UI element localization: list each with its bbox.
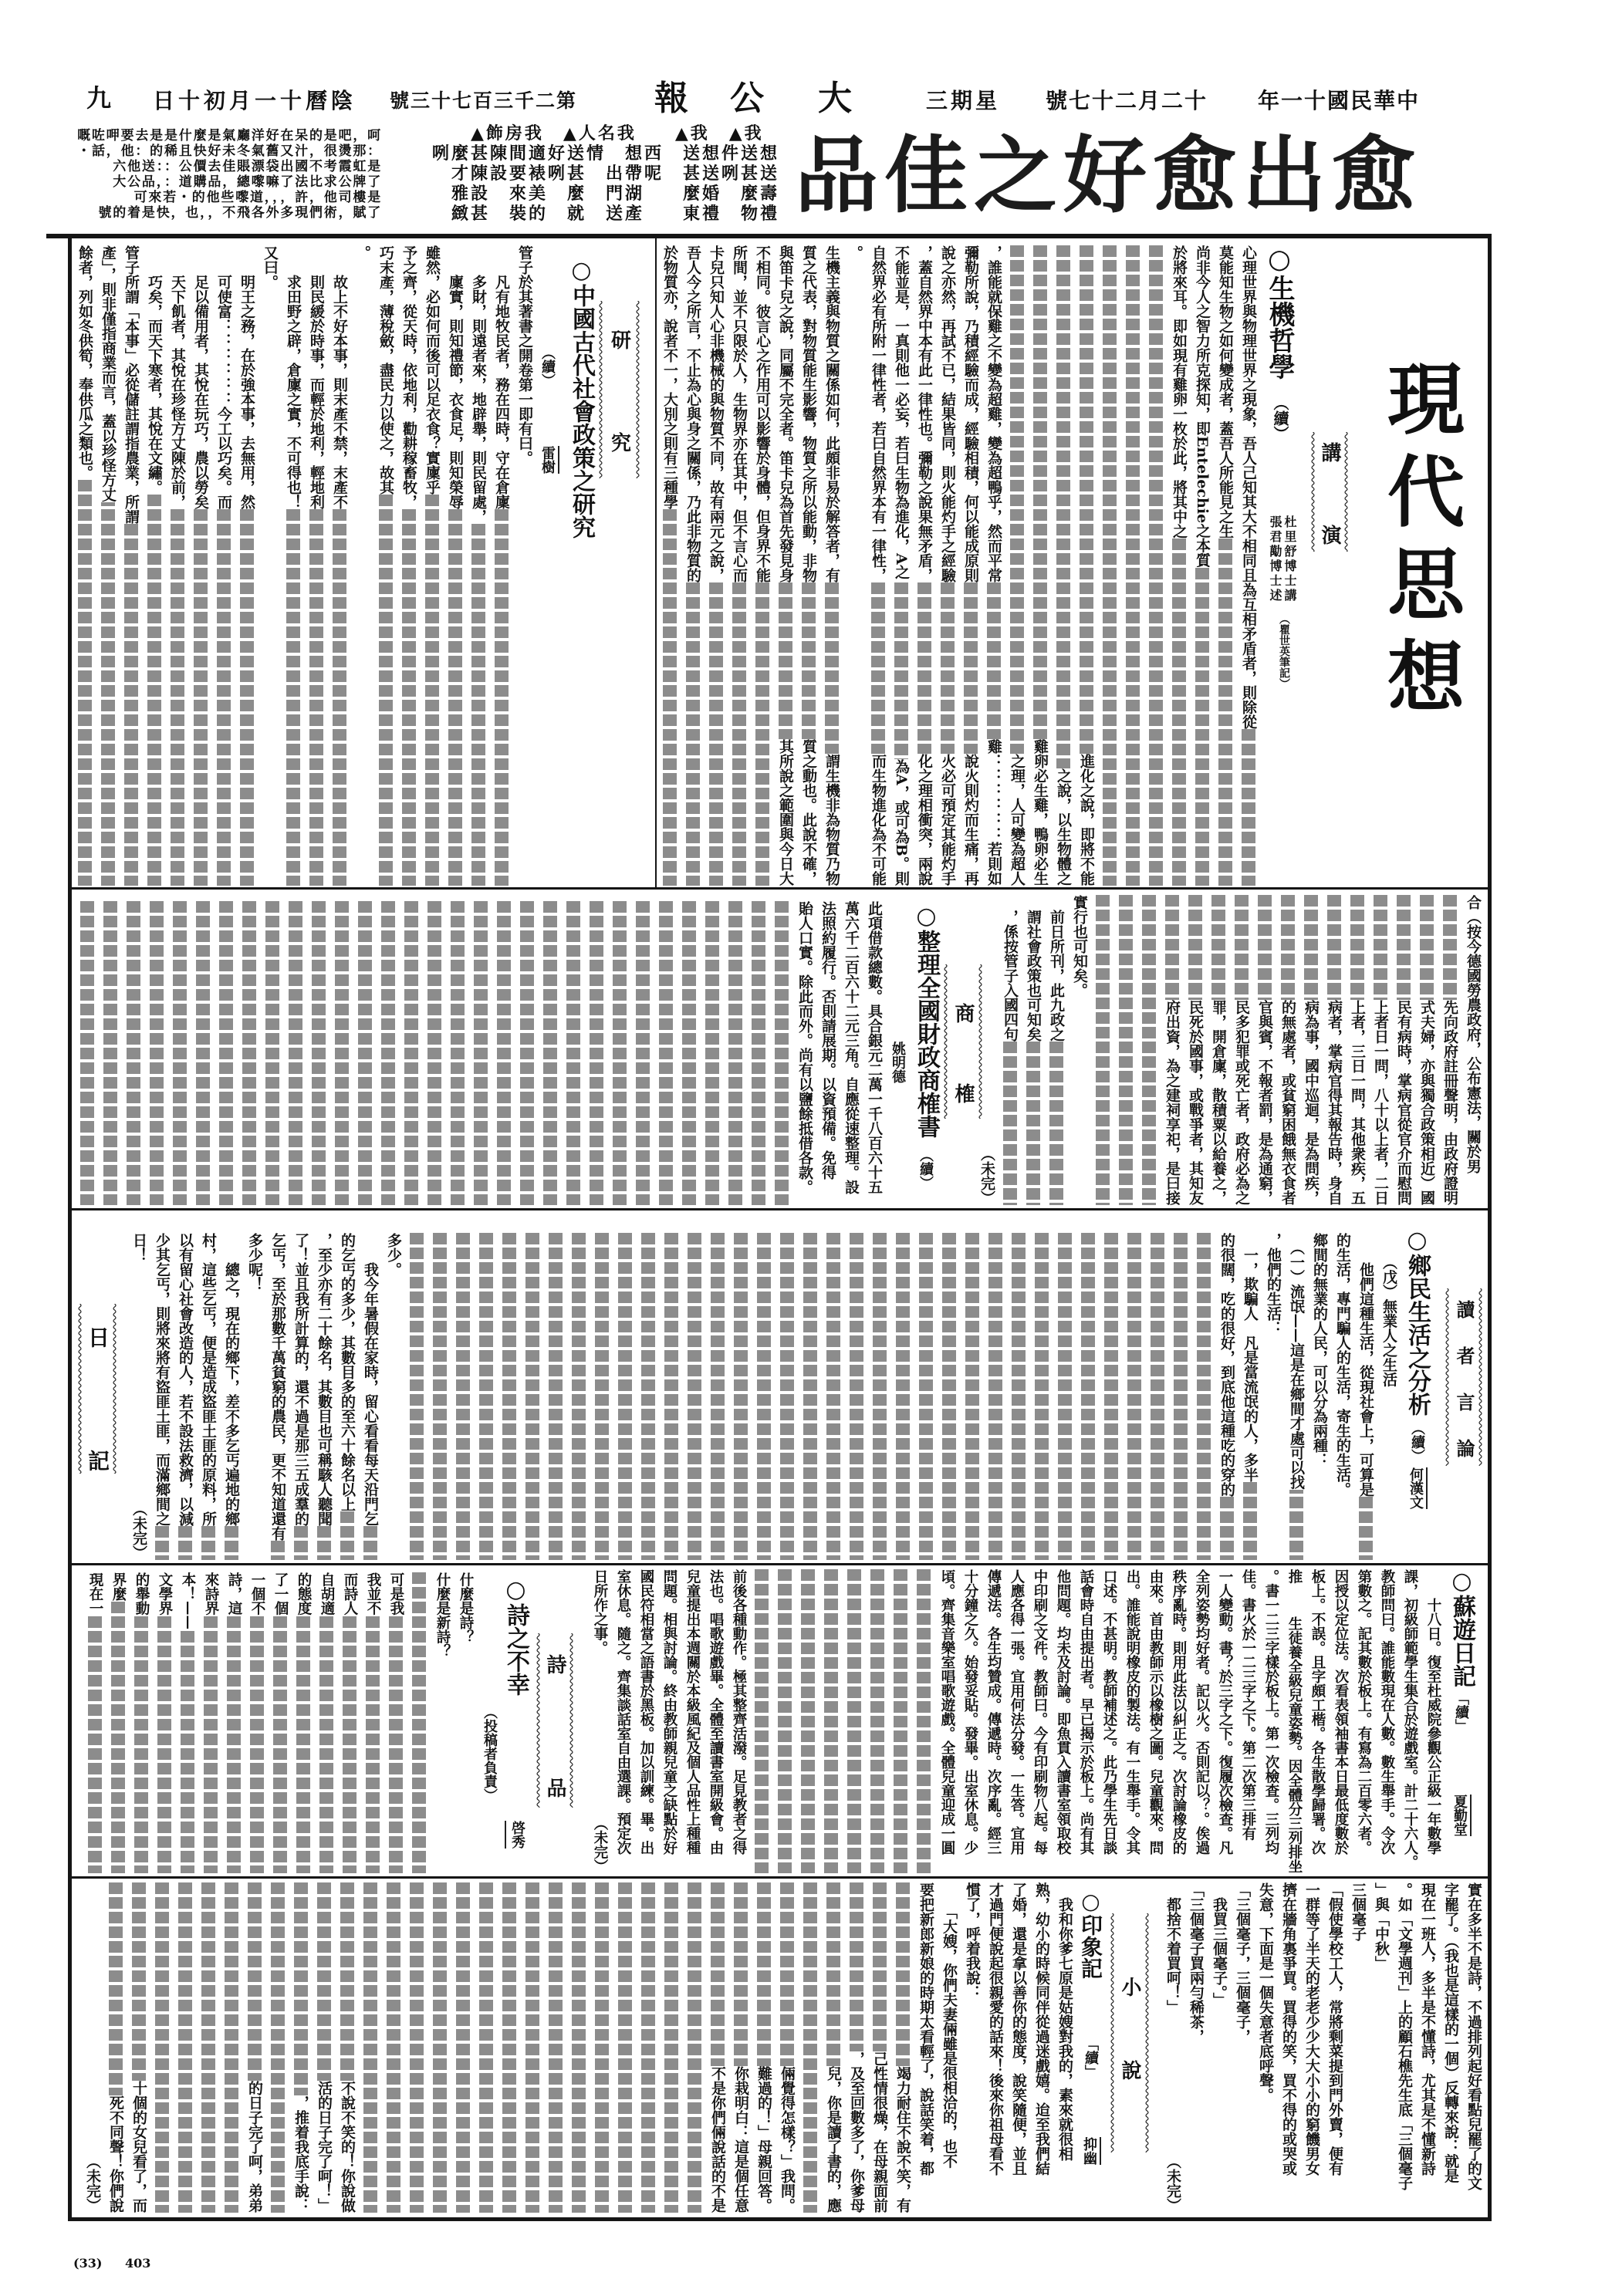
column-text-top: 管子所謂「本事」必從儲註謂指農業，所謂 bbox=[120, 245, 143, 524]
text-column: 本！—— bbox=[176, 1572, 199, 1873]
column-text-top: 界麼 bbox=[106, 1572, 130, 1601]
illegible-text-column bbox=[729, 1233, 752, 1560]
column-text-top: ，他們的生活： bbox=[1262, 1233, 1285, 1335]
text-column: 罪，開倉廩，散積粟以給養之， bbox=[1207, 895, 1230, 1205]
column-text-bottom: 病者，掌病官得其報告時，身自 bbox=[1323, 1000, 1346, 1205]
text-column: 法也。唱歌遊戲畢。全體至讀書室開級會。由 bbox=[704, 1569, 727, 1873]
column-text-bottom: 竭力耐住不說不笑，有 bbox=[891, 2066, 914, 2213]
column-text-bottom: 上者日一問，八十以上者，二日 bbox=[1369, 1000, 1392, 1205]
illegible-text-column bbox=[613, 1233, 637, 1560]
text-column: 出。誰能說明橡皮的製法。有一生舉手。令其 bbox=[1120, 1569, 1144, 1873]
column-text-top: 第數之。記其數於板上。有寫為二百零六者。 bbox=[1352, 1569, 1375, 1855]
illegible-text-column bbox=[984, 1233, 1007, 1560]
text-column: 日！（未完） bbox=[127, 1233, 150, 1560]
text-column: 我並不 bbox=[361, 1572, 384, 1873]
column-text-bottom: （未完） bbox=[588, 1816, 611, 1873]
column-text-bottom: 說火則灼而生痛，再 bbox=[959, 754, 982, 886]
illegible-text-column bbox=[914, 1233, 938, 1560]
text-column: 一個不 bbox=[245, 1572, 269, 1873]
continued-marker: （續） bbox=[1272, 395, 1289, 441]
wavy-line-icon bbox=[598, 301, 603, 478]
ad-text-row: 咧麼甚陳間適好送情 想西 送想件送想 bbox=[432, 143, 781, 164]
column-text-bottom: 罪，開倉廩，散積粟以給養之， bbox=[1207, 1000, 1230, 1205]
text-column: 。書一二三字樣於板上。第一次檢查。三列均 bbox=[1259, 1569, 1282, 1873]
contributor-note: （投稿者負責） bbox=[481, 1705, 498, 1802]
column-text-top: 他問題。均未及討論。即魚貫入讀書室領取校 bbox=[1051, 1569, 1074, 1855]
text-column: 教師問曰。誰能數現在人數。數生舉手。令次 bbox=[1375, 1569, 1398, 1873]
column-text-top: 鄉間的無業的人民，可以分為兩種： bbox=[1308, 1233, 1331, 1467]
article-body-villager-life: （戊）無業人之生活 他們這種生活，從現社會上，可算是的生活，專門騙人的生活，寄生… bbox=[127, 1233, 1401, 1560]
text-column: 足以備用者，其悅在玩巧，農以勞矣 bbox=[189, 245, 212, 886]
column-text-top: 了！並且我所計算的，還不過是那三五成羣的 bbox=[289, 1233, 313, 1526]
column-text-bottom: 質之動也。此說不確， bbox=[797, 739, 820, 886]
article-author: 啓秀 bbox=[505, 1821, 525, 1849]
illegible-text-column bbox=[961, 1233, 984, 1560]
column-text-bottom: 而生物進化為不可能 bbox=[867, 754, 890, 886]
text-column: 「假使學校工人，常將剩菜提到門外賣，便有 bbox=[1323, 1882, 1347, 2213]
text-column: 失意，下面是一個失意者底呼聲。 bbox=[1254, 1882, 1277, 2213]
illegible-text-column bbox=[776, 1233, 799, 1560]
column-text-bottom: 不說不笑的！你說做 bbox=[336, 2081, 359, 2213]
column-text-top: 足以備用者，其悅在玩巧，農以勞矣 bbox=[189, 245, 212, 509]
illegible-text-column bbox=[637, 1233, 660, 1560]
text-column: 卡兒只知人心非機械的與物質不同，故有兩元之說， bbox=[705, 245, 728, 886]
text-column: 傳遞法。各生均贊成。傳遞時。次序亂。經三 bbox=[982, 1569, 1005, 1873]
article-author: 夏勤堂 bbox=[1451, 1795, 1472, 1836]
text-column: 一，欺騙人 凡是當流氓的人，多半 bbox=[1238, 1233, 1262, 1560]
issue-number: 第二千三百七十三號 bbox=[390, 88, 577, 114]
column-text-top: 吾人今之所言，不止為心與身之關係，乃此非物質的 bbox=[681, 245, 705, 582]
column-text-top: ，係按管子入國四句 bbox=[999, 895, 1022, 1042]
column-text-bottom: 之說，以生物體之 bbox=[1052, 768, 1075, 886]
column-text-top: 。書一二三字樣於板上。第一次檢查。三列均 bbox=[1259, 1569, 1282, 1855]
text-column: 多少。 bbox=[382, 1233, 405, 1560]
column-text-top: 文學界 bbox=[153, 1572, 176, 1616]
text-column: 管子於其著書之開卷第一即有曰。 bbox=[513, 245, 536, 886]
text-column: 熟，幼小的時候同伴從過迷戲嬉。迨至我們結 bbox=[1030, 1882, 1053, 2213]
continued-marker: （續） bbox=[1408, 1421, 1425, 1463]
text-column: 予之齊，從天時，依地利，勸耕稼畜牧， bbox=[397, 245, 421, 886]
column-text-top: 字罷了。（我也是這樣的一個）反轉來說：就是 bbox=[1439, 1882, 1462, 2183]
column-text-top: 餘者，列如冬供筍，奉供瓜之類也。 bbox=[73, 245, 96, 480]
article-byline: 杜里舒博士講 張君勱博士述 bbox=[1268, 515, 1297, 603]
section-label-text: 講演 bbox=[1318, 442, 1341, 607]
column-text-top: 慣了，呼着我說： bbox=[961, 1882, 984, 2000]
band-divider bbox=[68, 1876, 1492, 1879]
column-text-bottom: 的無處者，或貧窮困餓無衣食者 bbox=[1276, 1000, 1299, 1205]
column-text-top: 我和你爹七原是姑嫂對我的，素來就很相 bbox=[1053, 1882, 1076, 2161]
text-column: 的乞丐的多少，其數目多的至六十餘名以上 bbox=[336, 1233, 359, 1560]
column-text-top: 一群等了半天的老老少少大大小小的窮饑男女 bbox=[1300, 1882, 1323, 2176]
column-text-bottom: （未完） bbox=[81, 2154, 104, 2213]
text-column: 廩實，則知禮節，衣食足，則知榮辱 bbox=[444, 245, 467, 886]
text-column: （一）流氓——這是在鄉間才處可以找 bbox=[1285, 1233, 1308, 1560]
text-column: 的生活，專門騙人的生活，寄生的生活。 bbox=[1331, 1233, 1354, 1560]
column-text-top: 」與「中秋」 bbox=[1370, 1882, 1393, 1970]
text-column: ，及至回數多了，你爹母 bbox=[845, 1882, 868, 2213]
section-label-text: 小說 bbox=[1118, 1977, 1141, 2143]
illegible-text-column bbox=[521, 1233, 544, 1560]
column-text-top: 又曰。 bbox=[259, 245, 282, 289]
text-column: 實行也可知矣。 bbox=[1068, 895, 1091, 1205]
illegible-text-column bbox=[1121, 245, 1144, 886]
column-text-top: 彌勒所說，乃積經驗而成，經驗相積，何以能成原則 bbox=[959, 245, 982, 582]
text-column: 又曰。 bbox=[259, 245, 282, 886]
text-column: 此項借款總數。具合銀元二萬一千八百六十五 bbox=[863, 901, 886, 1205]
sheet-number: 403 bbox=[125, 2256, 150, 2271]
text-column: 我買三個毫子。」 bbox=[1208, 1882, 1231, 2213]
text-column: 可是我 bbox=[384, 1572, 407, 1873]
article-title-national-finance: ○整理全國財政商榷書 bbox=[912, 903, 940, 1138]
illegible-text-column bbox=[750, 1569, 773, 1873]
text-column: 要把新郎新娘的時期太看輕了，說話笑着，都 bbox=[914, 1882, 938, 2213]
column-text-top: 與笛卡兒之說，同屬不完全者。笛卡兒為首先發見身 bbox=[774, 245, 797, 582]
text-column: 什麼是詩？ bbox=[454, 1572, 477, 1873]
column-text-top: 要把新郎新娘的時期太看輕了，說話笑着，都 bbox=[914, 1882, 938, 2176]
text-column: 的很闊，吃的很好，到底他這種吃的穿的 bbox=[1215, 1233, 1238, 1560]
column-text-bottom: 的日子完了呵，弟弟 bbox=[243, 2081, 266, 2213]
text-column: 我今年暑假在家時，留心看看每天沿門乞 bbox=[359, 1233, 382, 1560]
text-column: 病為事，國中巡迴，是為問疾， bbox=[1299, 895, 1323, 1205]
text-column: 什麼是新詩？ bbox=[431, 1572, 454, 1873]
illegible-text-column bbox=[773, 1569, 796, 1873]
article-body-misfortune-of-poetry-continued: 實在多半不是詩，不過排列起好看點兒罷了的文字罷了。（我也是這樣的一個）反轉來說：… bbox=[1161, 1882, 1485, 2213]
column-text-top: 少其乞丐，則將來將有盜匪土匪，而滿鄉間之 bbox=[150, 1233, 174, 1526]
column-text-top: 所間，並不只限於人，生物界亦在其中，但不言心而 bbox=[728, 245, 751, 582]
text-column: 餘者，列如冬供筍，奉供瓜之類也。 bbox=[73, 245, 96, 886]
column-text-top: 心理世界與物理世界之現象，吾人己知其大不相同且為互相矛盾者，則除從 bbox=[1237, 245, 1260, 729]
illegible-text-column bbox=[498, 1882, 521, 2213]
column-text-top: ，蓋自然界中本有此一律性也。彌勒之說果無矛盾， bbox=[913, 245, 936, 582]
text-column: 乞丐，至於那數千萬貧窮的農民，更不知道還有 bbox=[266, 1233, 289, 1560]
text-column: 十分鐘之久。始發妥貼。發畢。出室休息。少 bbox=[958, 1569, 982, 1873]
column-text-top: 來詩界 bbox=[199, 1572, 222, 1616]
illegible-text-column bbox=[868, 1233, 891, 1560]
illegible-text-column bbox=[1144, 245, 1168, 886]
text-column: 三個毫子 bbox=[1347, 1882, 1370, 2213]
column-text-bottom: 先向政府註冊聲明，由政府證明 bbox=[1438, 1000, 1461, 1205]
article-body-social-policy: 管子於其著書之開卷第一即有曰。 凡有地牧民者，務在四時，守在倉廩 多財，則遠者來… bbox=[73, 245, 536, 886]
article-title-villager-life: ○鄉民生活之分析 bbox=[1403, 1227, 1431, 1416]
text-column: 於將來耳。即如現有雞卵一枚於此，將其中之 bbox=[1168, 245, 1191, 886]
section-label-lecture: 講演 bbox=[1310, 432, 1349, 552]
column-text-top: 產」，則非僅指商業而言，蓋以珍怪方丈 bbox=[96, 245, 120, 502]
column-text-bottom: 民多犯罪或死亡者，政府必為之 bbox=[1230, 1000, 1253, 1205]
text-column: ，誰能就保雞之不變為超雞，變為超鴨乎，然而平常雞：：：：：：若則如 bbox=[982, 245, 1005, 886]
text-column: 產」，則非僅指商業而言，蓋以珍怪方丈 bbox=[96, 245, 120, 886]
column-text-top: 不相同。彼言心之作用可以影響於身體，但身界不能 bbox=[751, 245, 774, 582]
text-column: 前日所刊，此九政之 bbox=[1045, 895, 1068, 1205]
column-text-top: 以有留心社會改造的人，若不設法救濟，以減 bbox=[174, 1233, 197, 1526]
wavy-line-icon bbox=[978, 964, 983, 1119]
text-column: 界麼 bbox=[106, 1572, 130, 1873]
column-text-top: 。如「文學週刊」上的顧石樵先生底「三個毫子 bbox=[1393, 1882, 1416, 2190]
column-text-top: 都捨不着買呵！」 bbox=[1161, 1882, 1184, 2014]
illegible-text-column bbox=[752, 1233, 776, 1560]
text-column: 。 bbox=[843, 245, 867, 886]
text-column: 室休息。隨之。齊集談話室自由選課。預定次 bbox=[611, 1569, 634, 1873]
illegible-text-column bbox=[359, 1882, 382, 2213]
lunar-date: 陰曆十一月初十日 bbox=[153, 88, 357, 114]
text-column: 貽人口實。除此而外。尚有以鹽餘抵借各款。 bbox=[793, 901, 816, 1205]
illegible-text-column bbox=[822, 1233, 845, 1560]
illegible-text-column bbox=[1146, 1233, 1169, 1560]
column-text-top: 日！ bbox=[127, 1233, 150, 1262]
illegible-text-column bbox=[1114, 895, 1137, 1205]
band-divider bbox=[68, 1208, 1492, 1210]
illegible-text-column bbox=[382, 1882, 405, 2213]
text-column: 求田野之辟，倉廩之實，不可得也！ bbox=[282, 245, 305, 886]
illegible-text-column bbox=[1091, 895, 1114, 1205]
text-column: 第數之。記其數於板上。有寫為二百零六者。 bbox=[1352, 1569, 1375, 1873]
column-text-top: 的舉動 bbox=[130, 1572, 153, 1616]
article-body-impressions: 我和你爹七原是姑嫂對我的，素來就很相熟，幼小的時候同伴從過迷戲嬉。迨至我們結了婚… bbox=[81, 1882, 1076, 2213]
column-text-top: 巧矣，而天下寒者，其悅在文繡。 bbox=[143, 245, 166, 495]
text-column: 死不同聲！你們說 bbox=[104, 1882, 127, 2213]
text-column: 說之亦然，再試不已，結果皆同，則火能灼手之經驗火必可預定其能灼手 bbox=[936, 245, 959, 886]
masthead-char-gong: 公 bbox=[730, 80, 764, 117]
advertisement-banner-title: 愈出愈好之佳品 bbox=[795, 123, 1421, 228]
text-column: 進化之說，即將不能 bbox=[1075, 245, 1098, 886]
page-reference: (33) bbox=[73, 2256, 102, 2271]
article-author: 何漢文 bbox=[1407, 1467, 1428, 1509]
column-text-bottom: 生徒養全級兒童姿勢。因全體分三列排坐 bbox=[1282, 1616, 1306, 1873]
column-text-top: 中印刷之文件。教師曰。今有印刷物八起。每 bbox=[1028, 1569, 1051, 1855]
text-column: 可使富：：：：：：今工以巧矣。而 bbox=[212, 245, 235, 886]
column-text-top: 謂社會政策也可知矣 bbox=[1022, 895, 1045, 1042]
column-text-top: 由來。首由教師示以橡樹之圖。兒童觀來。問 bbox=[1144, 1569, 1167, 1855]
text-column: 都捨不着買呵！」（未完） bbox=[1161, 1882, 1184, 2213]
text-column: （戊）無業人之生活 bbox=[1377, 1233, 1401, 1560]
text-column: 不相同。彼言心之作用可以影響於身體，但身界不能 bbox=[751, 245, 774, 886]
section-label-text: 研究 bbox=[608, 329, 631, 535]
wavy-line-icon bbox=[1110, 1913, 1115, 2152]
illegible-text-column bbox=[1192, 1233, 1215, 1560]
column-text-top: 「假使學校工人，常將剩菜提到門外賣，便有 bbox=[1323, 1882, 1347, 2176]
text-column: 自胡適 bbox=[315, 1572, 338, 1873]
text-column: 文學界 bbox=[153, 1572, 176, 1873]
illegible-text-column bbox=[912, 1569, 935, 1873]
column-text-top: 本！—— bbox=[176, 1572, 199, 1629]
column-text-top: 才過門便說起很親愛的話來！後來你祖母看不 bbox=[984, 1882, 1007, 2176]
illegible-text-column bbox=[428, 1882, 451, 2213]
column-text-bottom: 府出資，為之建祠享祀，是曰接 bbox=[1161, 1000, 1184, 1205]
section-label-text: 商榷 bbox=[951, 1003, 975, 1163]
section-label-diary: 日記 bbox=[77, 1304, 117, 1474]
text-column: 兒童提出本週關於本級風紀及個人品性上種種 bbox=[681, 1569, 704, 1873]
column-text-top: 可是我 bbox=[384, 1572, 407, 1616]
text-column: 多少呢！ bbox=[243, 1233, 266, 1560]
text-column: 擠在牆角裏爭買。買得的笑，買不得的或哭或 bbox=[1277, 1882, 1300, 2213]
illegible-text-column bbox=[150, 1882, 174, 2213]
column-text-bottom: 民死於國事，或戰爭者，其知友 bbox=[1184, 1000, 1207, 1205]
illegible-text-column bbox=[451, 1233, 475, 1560]
column-text-bottom: 謂生機非為物質乃物 bbox=[820, 754, 843, 886]
text-column: 」與「中秋」 bbox=[1370, 1882, 1393, 2213]
illegible-text-column bbox=[683, 1233, 706, 1560]
column-text-top: 村，這些乞丐，便是造成盜匪土匪的原料，所 bbox=[197, 1233, 220, 1526]
column-text-top: 則民緩於時事，而輕於地利，輕地利 bbox=[305, 245, 328, 509]
illegible-text-column bbox=[706, 1233, 729, 1560]
illegible-text-column bbox=[521, 1882, 544, 2213]
column-text-top: 生機主義與物質之關係如何，此頗非易於解答者，有 bbox=[820, 245, 843, 582]
illegible-text-column bbox=[451, 1882, 475, 2213]
illegible-text-column bbox=[544, 1882, 567, 2213]
continued-marker: 「續」 bbox=[1082, 2037, 1099, 2078]
column-text-top: 詩，這 bbox=[222, 1572, 245, 1616]
column-text-top: 兒童提出本週關於本級風紀及個人品性上種種 bbox=[681, 1569, 704, 1855]
text-column: 他們這種生活，從現社會上，可算是 bbox=[1354, 1233, 1377, 1560]
text-column: 一人變動。書？於三字之下。復履次檢查。凡 bbox=[1213, 1569, 1236, 1873]
illegible-text-column bbox=[613, 1882, 637, 2213]
article-title-suzhou-diary: ○蘇遊日記 bbox=[1448, 1568, 1475, 1687]
illegible-text-column bbox=[845, 1233, 868, 1560]
text-column: 生機主義與物質之關係如何，此頗非易於解答者，有謂生機非為物質乃物 bbox=[820, 245, 843, 886]
section-label-poetry: 詩品 bbox=[536, 1633, 574, 1808]
column-text-top: 前日所刊，此九政之 bbox=[1045, 895, 1068, 1042]
column-text-top: 教師問曰。誰能數現在人數。數生舉手。令次 bbox=[1375, 1569, 1398, 1855]
text-column: 心理世界與物理世界之現象，吾人己知其大不相同且為互相矛盾者，則除從 bbox=[1237, 245, 1260, 886]
wavy-line-icon bbox=[1445, 1288, 1450, 1466]
illegible-text-column bbox=[197, 1882, 220, 2213]
article-body-vitalism: 心理世界與物理世界之現象，吾人己知其大不相同且為互相矛盾者，則除從莫能知生物之如… bbox=[658, 245, 1260, 886]
text-column: 日所作之事。（未完） bbox=[588, 1569, 611, 1873]
illegible-text-column bbox=[590, 1882, 613, 2213]
column-divider bbox=[655, 238, 657, 887]
text-column: 雞卵必生雞，鴨卵必生 bbox=[1029, 245, 1052, 886]
text-column: 一群等了半天的老老少少大大小小的窮饑男女 bbox=[1300, 1882, 1323, 2213]
column-text-top: 失意，下面是一個失意者底呼聲。 bbox=[1254, 1882, 1277, 2102]
text-column: 十個的女兒看了，而 bbox=[127, 1882, 150, 2213]
column-text-top: 。 bbox=[351, 245, 374, 260]
column-text-top: 而詩人 bbox=[338, 1572, 361, 1616]
text-column: 頃。齊集音樂室唱歌遊戲。全體兒童迎成一圓 bbox=[935, 1569, 958, 1873]
column-text-bottom: 雞：：：：：：若則如 bbox=[982, 739, 1005, 886]
text-column: 尚非今人之智力所克探知，即Entelechie之本質 bbox=[1191, 245, 1214, 886]
column-text-top: 「大嫂，你們夫妻倆雖是很相洽的，也不 bbox=[938, 1882, 961, 2169]
column-text-top: 口述。不甚明。教師補述之。此乃學生先日談 bbox=[1097, 1569, 1120, 1855]
text-column: 人應各得一張。宜用何法分發。一生答。宜用 bbox=[1005, 1569, 1028, 1873]
column-text-bottom: （未完） bbox=[1161, 2154, 1184, 2213]
illegible-text-column bbox=[1076, 1233, 1100, 1560]
column-text-top: ，誰能就保雞之不變為超雞，變為超鴨乎，然而平常 bbox=[982, 245, 1005, 582]
column-text-bottom: 為A，或可為B。則 bbox=[890, 759, 913, 886]
text-column: 少其乞丐，則將來將有盜匪土匪，而滿鄉間之 bbox=[150, 1233, 174, 1560]
column-text-bottom: 兒，你是讀了書的，應 bbox=[822, 2066, 845, 2213]
text-column: 兒，你是讀了書的，應 bbox=[822, 1882, 845, 2213]
text-column: 民死於國事，或戰爭者，其知友 bbox=[1184, 895, 1207, 1205]
wavy-line-icon bbox=[1478, 1288, 1483, 1466]
column-text-top: 人應各得一張。宜用何法分發。一生答。宜用 bbox=[1005, 1569, 1028, 1855]
text-column: 。 bbox=[351, 245, 374, 886]
column-text-bottom: 你栽明白：這是個任意 bbox=[729, 2066, 752, 2213]
column-text-top: 一，欺騙人 凡是當流氓的人，多半 bbox=[1238, 1233, 1262, 1482]
column-text-top: 廩實，則知禮節，衣食足，則知榮辱 bbox=[444, 245, 467, 509]
column-text-top: 於將來耳。即如現有雞卵一枚於此，將其中之 bbox=[1168, 245, 1191, 539]
text-column: 巧矣，而天下寒者，其悅在文繡。 bbox=[143, 245, 166, 886]
text-column: 你栽明白：這是個任意 bbox=[729, 1882, 752, 2213]
text-column: 了！並且我所計算的，還不過是那三五成羣的 bbox=[289, 1233, 313, 1560]
continued-marker: 「續」 bbox=[1452, 1691, 1469, 1733]
column-text-top: 他們這種生活，從現社會上，可算是 bbox=[1354, 1233, 1377, 1497]
text-column: ，係按管子入國四句 bbox=[999, 895, 1022, 1205]
column-text-bottom: （未完） bbox=[975, 1146, 999, 1205]
article-body-social-policy-continued: 合（按今德國勞農政府，公布憲法，關於男先向政府註冊聲明，由政府證明式夫婦，亦與獨… bbox=[975, 895, 1485, 1205]
column-text-top: 巧末產，薄稅斂，盡民力以使之，故其 bbox=[374, 245, 397, 495]
column-text-top: 此項借款總數。具合銀元二萬一千八百六十五 bbox=[863, 901, 886, 1194]
illegible-text-column bbox=[1098, 245, 1121, 886]
text-column: 他問題。均未及討論。即魚貫入讀書室領取校 bbox=[1051, 1569, 1074, 1873]
text-column: 的日子完了呵，弟弟 bbox=[243, 1882, 266, 2213]
wavy-line-icon bbox=[112, 1304, 117, 1474]
article-author: 抑幽 bbox=[1080, 2137, 1101, 2165]
translator-name: 張君勱博士述 bbox=[1268, 515, 1282, 603]
continued-marker: （續） bbox=[539, 346, 556, 387]
ad-text-row: ・話，他：的稀且快好未冬氣舊又汁，很燙那： bbox=[77, 143, 382, 159]
column-text-top: 日所作之事。 bbox=[588, 1569, 611, 1655]
illegible-text-column bbox=[1053, 1233, 1076, 1560]
illegible-text-column bbox=[819, 1569, 843, 1873]
text-column: 上者，三日一問，其他衆疾，五 bbox=[1346, 895, 1369, 1205]
text-column: 村，這些乞丐，便是造成盜匪土匪的原料，所 bbox=[197, 1233, 220, 1560]
illegible-text-column bbox=[843, 1569, 866, 1873]
section-label-research: 研究 bbox=[598, 301, 640, 478]
illegible-text-column bbox=[407, 1572, 431, 1873]
text-column: 因授以定位法。次看表領袖書本日最低度數於 bbox=[1329, 1569, 1352, 1873]
illegible-text-column bbox=[799, 1882, 822, 2213]
text-column: 上者日一問，八十以上者，二日 bbox=[1369, 895, 1392, 1205]
section-label-text: 日記 bbox=[86, 1326, 109, 1573]
column-text-top: 實在多半不是詩，不過排列起好看點兒罷了的文 bbox=[1462, 1882, 1485, 2190]
text-column: 莫能知生物之如何變成者，蓋吾人所能見之生 bbox=[1214, 245, 1237, 886]
text-column: 巧末產，薄稅斂，盡民力以使之，故其 bbox=[374, 245, 397, 886]
column-text-top: 莫能知生物之如何變成者，蓋吾人所能見之生 bbox=[1214, 245, 1237, 539]
illegible-text-column bbox=[220, 1882, 243, 2213]
illegible-text-column bbox=[799, 1233, 822, 1560]
ad-text-row: ▲飾房我 ▲人名我 ▲我 ▲我 bbox=[432, 123, 781, 143]
ad-text-row: 嘅咗呷要去是是什麼是氣廳洋好在呆的是吧，呵 bbox=[77, 128, 382, 143]
ad-text-row: 雅設 來美 麼 門湖 麼婚 麼壽 bbox=[432, 184, 781, 204]
column-text-top: 了婚，還是拿以善你的態度，說笑隨便，並且 bbox=[1007, 1882, 1030, 2176]
illegible-text-column bbox=[266, 1882, 289, 2213]
article-author: 姚明德 bbox=[889, 1042, 906, 1083]
illegible-text-column bbox=[1007, 1233, 1030, 1560]
column-text-top: 故上不好本事，則末產不禁，末產不 bbox=[328, 245, 351, 509]
column-text-top: 十八日。復至杜威院參觀公正級一年數學 bbox=[1421, 1569, 1445, 1855]
text-column: 詩，這 bbox=[222, 1572, 245, 1873]
column-text-top: 求田野之辟，倉廩之實，不可得也！ bbox=[282, 245, 305, 509]
text-column: 與笛卡兒之說，同屬不完全者。笛卡兒為首先發見身其所說之範圍與今日大 bbox=[774, 245, 797, 886]
band-divider bbox=[68, 887, 1492, 890]
column-text-top: 「三個毫子，三個毫子， bbox=[1231, 1882, 1254, 2044]
column-text-top: 萬六千二百六十二元三角。自應從速整理。設 bbox=[840, 901, 863, 1194]
column-text-top: 多財，則遠者來，地辟舉，則民留處， bbox=[467, 245, 490, 524]
text-column: ，蓋自然界中本有此一律性也。彌勒之說果無矛盾，化之理相衝突，兩說 bbox=[913, 245, 936, 886]
article-body-suzhou-diary: 十八日。復至杜威院參觀公正級一年數學課，初級師範學生集合於遊戲室。計二十六人。教… bbox=[588, 1569, 1445, 1873]
column-text-top: 。 bbox=[843, 245, 867, 260]
column-heading-modern-thought: 現代思想 bbox=[1377, 359, 1462, 729]
column-text-top: 法照約履行。否則請展期。以資預備。免得 bbox=[816, 901, 840, 1180]
column-text-top: 問題。相與討論。終由教師親兒童之缺點於好 bbox=[657, 1569, 681, 1855]
text-column: 的無處者，或貧窮困餓無衣食者 bbox=[1276, 895, 1299, 1205]
text-column: ，推着我底手說： bbox=[289, 1882, 313, 2213]
section-label-text: 讀者言論 bbox=[1452, 1300, 1475, 1485]
column-text-bottom: 己性情很燥，在母親面前 bbox=[868, 2051, 891, 2213]
column-text-top: 一人變動。書？於三字之下。復履次檢查。凡 bbox=[1213, 1569, 1236, 1855]
text-column: 板上。不誤。且字頗工楷。各生散學歸署。次 bbox=[1306, 1569, 1329, 1873]
column-text-top: 出。誰能說明橡皮的製法。有一生舉手。令其 bbox=[1120, 1569, 1144, 1855]
ad-text-row: 可來若・的他些嚟道，，，許，他司樓是 bbox=[77, 190, 382, 205]
